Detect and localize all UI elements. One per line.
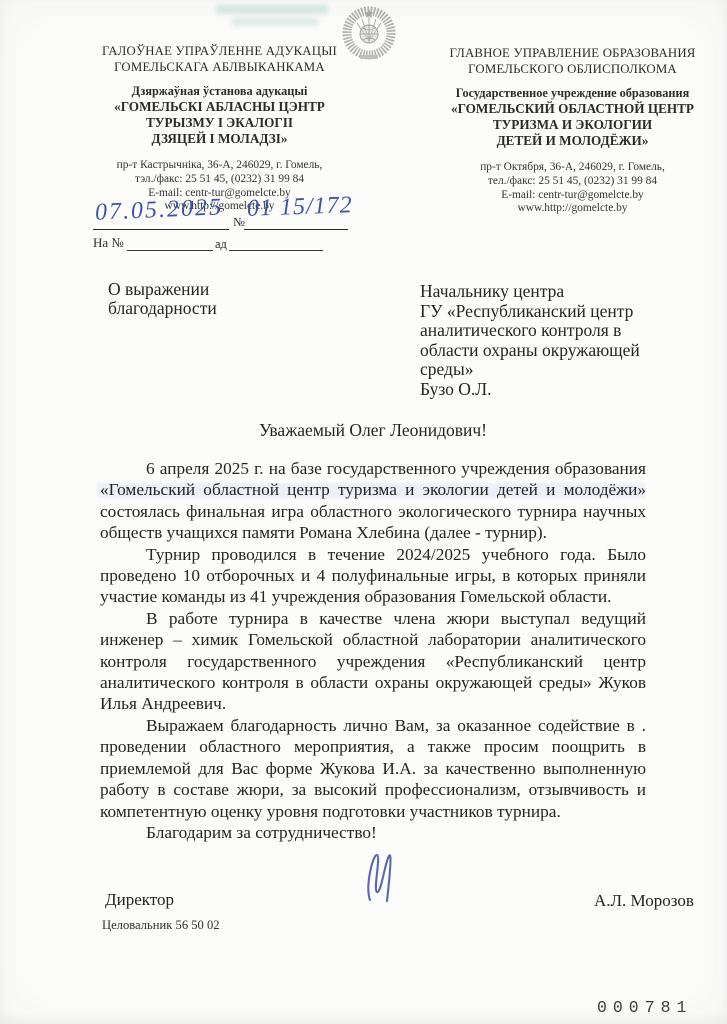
org-name-line: «ГОМЕЛЬСКИЙ ОБЛАСТНОЙ ЦЕНТР <box>435 101 710 117</box>
body-paragraph: Выражаем благодарность лично Вам, за ока… <box>100 715 646 822</box>
bleed-through-artifact <box>198 2 336 30</box>
number-underline <box>244 229 348 230</box>
address-line: пр-т Кастрычніка, 36-А, 246029, г. Гомел… <box>92 159 347 173</box>
letter-body: 6 апреля 2025 г. на базе государственног… <box>100 458 646 843</box>
subject-line: О выражении <box>108 280 217 299</box>
dept-line: ГОМЕЛЬСКОГО ОБЛИСПОЛКОМА <box>435 62 710 78</box>
letter-subject: О выражении благодарности <box>108 280 217 317</box>
recipient-line: аналитического контроля в <box>420 321 680 341</box>
coat-of-arms-icon <box>340 3 398 63</box>
org-name-line: «ГОМЕЛЬСКІ АБЛАСНЫ ЦЭНТР <box>92 99 347 115</box>
signer-title: Директор <box>105 890 174 910</box>
body-paragraph: 6 апреля 2025 г. на базе государственног… <box>100 458 646 544</box>
letterhead-russian: ГЛАВНОЕ УПРАВЛЕНИЕ ОБРАЗОВАНИЯ ГОМЕЛЬСКО… <box>435 46 710 216</box>
recipient-line: Начальнику центра <box>420 282 680 302</box>
subject-line: благодарности <box>108 299 217 318</box>
recipient-block: Начальнику центра ГУ «Республиканский це… <box>420 282 680 399</box>
signer-name: А.Л. Морозов <box>594 891 694 911</box>
salutation: Уважаемый Олег Леонидович! <box>100 420 646 441</box>
body-paragraph: В работе турнира в качестве члена жюри в… <box>100 608 646 715</box>
reply-date-underline <box>229 250 323 251</box>
body-paragraph: Турнир проводился в течение 2024/2025 уч… <box>100 544 646 608</box>
handwritten-date: 07.05.2025 <box>94 194 223 227</box>
recipient-line: среды» <box>420 360 680 380</box>
dept-line: ГАЛОЎНАЕ УПРАЎЛЕННЕ АДУКАЦЫІ <box>92 44 347 60</box>
body-paragraph: Благодарим за сотрудничество! <box>100 822 646 843</box>
org-name-line: ДЗЯЦЕЙ І МОЛАДЗІ» <box>92 131 347 147</box>
address-block: пр-т Октября, 36-А, 246029, г. Гомель, т… <box>435 161 710 216</box>
address-line: www.http://gomelcte.by <box>435 202 710 216</box>
address-line: E-mail: centr-tur@gomelcte.by <box>435 189 710 203</box>
reply-to-label: На № <box>93 235 124 251</box>
registration-number: 000781 <box>597 998 692 1017</box>
reply-number-underline <box>127 250 213 251</box>
org-type-label: Государственное учреждение образования <box>435 86 710 101</box>
recipient-line: области охраны окружающей <box>420 341 680 361</box>
recipient-line: ГУ «Республиканский центр <box>420 302 680 322</box>
address-line: тэл./факс: 25 51 45, (0232) 31 99 84 <box>92 173 347 187</box>
reply-date-label: ад <box>215 237 227 252</box>
dept-line: ГЛАВНОЕ УПРАВЛЕНИЕ ОБРАЗОВАНИЯ <box>435 46 710 62</box>
org-name-line: ДЕТЕЙ И МОЛОДЁЖИ» <box>435 133 710 149</box>
executor-contact: Целовальник 56 50 02 <box>102 918 220 933</box>
handwritten-outgoing-number: 01 15/172 <box>247 192 354 223</box>
org-name-line: ТУРИЗМА И ЭКОЛОГИИ <box>435 117 710 133</box>
recipient-name: Бузо О.Л. <box>420 380 680 400</box>
address-line: тел./факс: 25 51 45, (0232) 31 99 84 <box>435 175 710 189</box>
scanned-letter-page: ГАЛОЎНАЕ УПРАЎЛЕННЕ АДУКАЦЫІ ГОМЕЛЬСКАГА… <box>0 0 727 1024</box>
number-sign-label: № <box>233 215 245 230</box>
letterhead-belarusian: ГАЛОЎНАЕ УПРАЎЛЕННЕ АДУКАЦЫІ ГОМЕЛЬСКАГА… <box>92 44 347 214</box>
org-type-label: Дзяржаўная ўстанова адукацыі <box>92 84 347 99</box>
date-underline <box>93 229 229 230</box>
dept-line: ГОМЕЛЬСКАГА АБЛВЫКАНКАМА <box>92 60 347 76</box>
org-name-line: ТУРЫЗМУ І ЭКАЛОГІІ <box>92 115 347 131</box>
address-line: пр-т Октября, 36-А, 246029, г. Гомель, <box>435 161 710 175</box>
handwritten-signature <box>362 846 400 906</box>
